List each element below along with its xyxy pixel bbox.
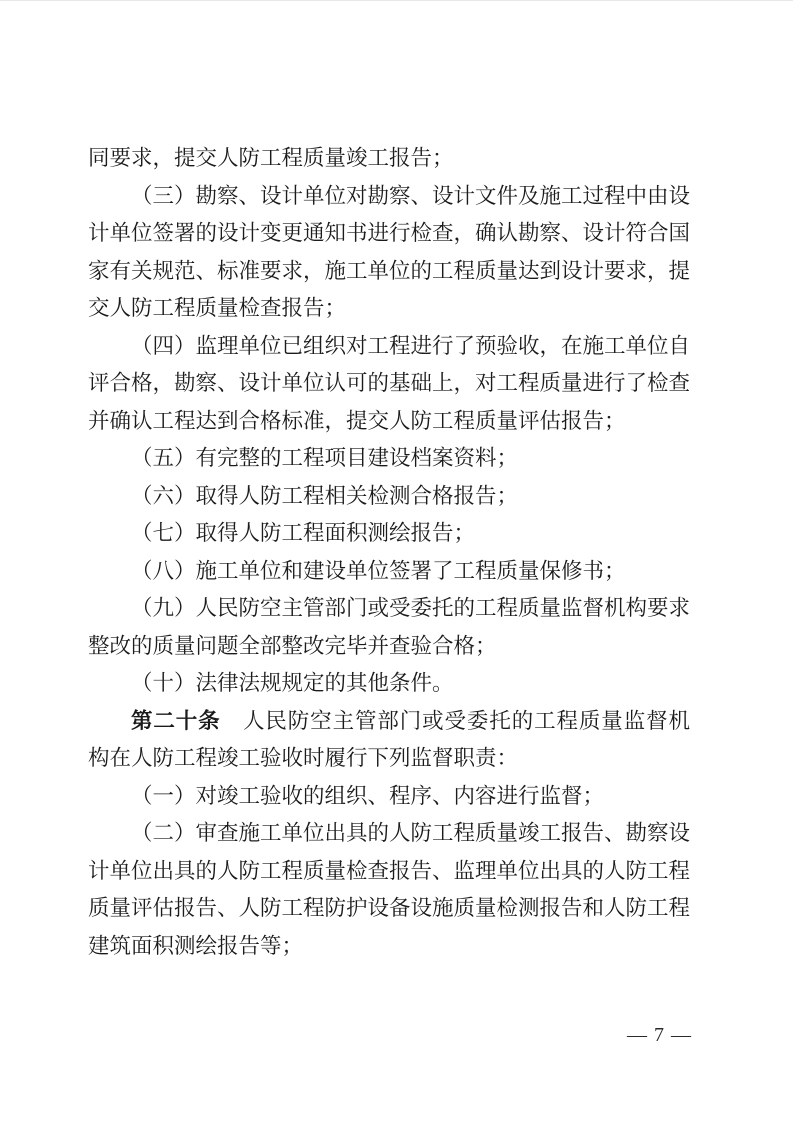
paragraph: （三）勘察、设计单位对勘察、设计文件及施工过程中由设计单位签署的设计变更通知书进… — [88, 178, 690, 328]
text-run: （七）取得人防工程面积测绘报告； — [131, 521, 475, 545]
paragraph: 第二十条 人民防空主管部门或受委托的工程质量监督机构在人防工程竣工验收时履行下列… — [88, 703, 690, 778]
text-run: （九）人民防空主管部门或受委托的工程质量监督机构要求整改的质量问题全部整改完毕并… — [88, 596, 690, 658]
text-run: （三）勘察、设计单位对勘察、设计文件及施工过程中由设计单位签署的设计变更通知书进… — [88, 184, 690, 321]
paragraph: （九）人民防空主管部门或受委托的工程质量监督机构要求整改的质量问题全部整改完毕并… — [88, 590, 690, 665]
page-number: — 7 — — [0, 1023, 692, 1047]
paragraph: （五）有完整的工程项目建设档案资料； — [88, 440, 690, 478]
text-run: （二）审查施工单位出具的人防工程质量竣工报告、勘察设计单位出具的人防工程质量检查… — [88, 821, 690, 958]
paragraph: （一）对竣工验收的组织、程序、内容进行监督； — [88, 778, 690, 816]
document-body: 同要求，提交人防工程质量竣工报告；（三）勘察、设计单位对勘察、设计文件及施工过程… — [88, 140, 690, 965]
paragraph: （二）审查施工单位出具的人防工程质量竣工报告、勘察设计单位出具的人防工程质量检查… — [88, 815, 690, 965]
text-run: （四）监理单位已组织对工程进行了预验收，在施工单位自评合格，勘察、设计单位认可的… — [88, 334, 690, 433]
text-run: （六）取得人防工程相关检测合格报告； — [131, 484, 518, 508]
paragraph: （八）施工单位和建设单位签署了工程质量保修书； — [88, 553, 690, 591]
text-run: 同要求，提交人防工程质量竣工报告； — [88, 146, 454, 170]
paragraph: 同要求，提交人防工程质量竣工报告； — [88, 140, 690, 178]
paragraph: （十）法律法规规定的其他条件。 — [88, 665, 690, 703]
text-run: （八）施工单位和建设单位签署了工程质量保修书； — [131, 559, 626, 583]
document-page: 同要求，提交人防工程质量竣工报告；（三）勘察、设计单位对勘察、设计文件及施工过程… — [0, 0, 793, 1123]
paragraph: （四）监理单位已组织对工程进行了预验收，在施工单位自评合格，勘察、设计单位认可的… — [88, 328, 690, 441]
paragraph: （六）取得人防工程相关检测合格报告； — [88, 478, 690, 516]
paragraph: （七）取得人防工程面积测绘报告； — [88, 515, 690, 553]
text-run: （十）法律法规规定的其他条件。 — [131, 671, 454, 695]
text-run: （五）有完整的工程项目建设档案资料； — [131, 446, 518, 470]
article-number: 第二十条 — [131, 709, 221, 733]
text-run: （一）对竣工验收的组织、程序、内容进行监督； — [131, 784, 604, 808]
